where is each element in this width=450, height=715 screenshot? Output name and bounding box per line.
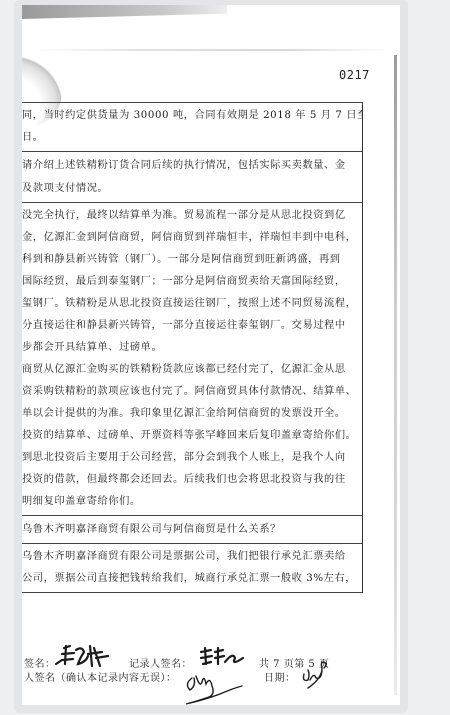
text-line: 没完全执行，最终以结算单为准。贸易流程一部分是从思北投资到亿 bbox=[22, 205, 362, 227]
text-line: 商贸从亿源汇金购买的铁精粉货款应该都已经付完了，亿源汇金从思 bbox=[22, 359, 362, 381]
date-handwriting bbox=[298, 656, 332, 692]
text-line: 投资的结算单、过磅单、开票资料等张罕峰回来后复印盖章寄给你们。 bbox=[22, 425, 362, 447]
question-row: 请介绍上述铁精粉订货合同后续的执行情况，包括实际买卖数量、金 及款项支付情况。 bbox=[22, 151, 362, 202]
paper-right-edge bbox=[394, 55, 397, 695]
text-line: 公司，票据公司直接把钱转给我们，城商行承兑汇票一般收 3%左右， bbox=[22, 568, 362, 590]
text-line: 日。 bbox=[22, 127, 362, 149]
date-label: 日期： bbox=[264, 669, 296, 684]
scanned-document-page: 0217 同，当时约定供货量为 30000 吨，合同有效期是 2018 年 5 … bbox=[22, 5, 400, 705]
text-line: 同，当时约定供货量为 30000 吨，合同有效期是 2018 年 5 月 7 日… bbox=[22, 105, 362, 127]
answer-row: 没完全执行，最终以结算单为准。贸易流程一部分是从思北投资到亿 金，亿源汇金到阿信… bbox=[22, 202, 362, 515]
text-line: 步都会开具结算单、过磅单。 bbox=[22, 337, 362, 359]
text-line: 玺钢厂。铁精粉是从思北投资直接运往钢厂，按照上述不同贸易流程， bbox=[22, 293, 362, 315]
text-line: 及款项支付情况。 bbox=[22, 177, 362, 200]
text-line: 投资的借款，但最终都会还回去。后续我们也会将思北投资与我的往 bbox=[22, 469, 362, 491]
text-line: 金，亿源汇金到阿信商贸，阿信商贸到祥瑞恒丰，祥瑞恒丰到中电科， bbox=[22, 227, 362, 249]
answer-row: 乌鲁木齐明嘉泽商贸有限公司是票据公司，我们把银行承兑汇票卖给 公司，票据公司直接… bbox=[22, 543, 362, 593]
text-line: 明细复印盖章寄给你们。 bbox=[22, 491, 362, 513]
interviewee-signature bbox=[52, 642, 114, 672]
text-line: 国际经贸，最后到泰玺钢厂；一部分是阿信商贸卖给天富国际经贸， bbox=[22, 271, 362, 293]
text-line: 科到和静县新兴铸管（钢厂）。一部分是阿信商贸到旺新鸿盛，再到 bbox=[22, 249, 362, 271]
text-line: 单以会计提供的为准。我印象里亿源汇金给阿信商贸的发票没开全。 bbox=[22, 403, 362, 425]
interviewee-sign-label: 签名： bbox=[24, 655, 56, 670]
paper-fold-line bbox=[32, 49, 392, 51]
interview-record-table: 同，当时约定供货量为 30000 吨，合同有效期是 2018 年 5 月 7 日… bbox=[22, 102, 363, 593]
signature-footer: 签名： 记录人签名： 共 7 页第 5 页 人签名（确认本记录内容无误）： 日期… bbox=[22, 648, 400, 705]
text-line: 请介绍上述铁精粉订货合同后续的执行情况，包括实际买卖数量、金 bbox=[22, 154, 362, 177]
text-line: 乌鲁木齐明嘉泽商贸有限公司与阿信商贸是什么关系？ bbox=[22, 518, 362, 541]
text-line: 乌鲁木齐明嘉泽商贸有限公司是票据公司，我们把银行承兑汇票卖给 bbox=[22, 546, 362, 568]
question-row: 乌鲁木齐明嘉泽商贸有限公司与阿信商贸是什么关系？ bbox=[22, 515, 362, 543]
page-serial-number: 0217 bbox=[339, 68, 370, 82]
text-line: 资采购铁精粉的款项应该也付完了。阿信商贸具体付款情况、结算单、 bbox=[22, 381, 362, 403]
confirm-sign-label: 人签名（确认本记录内容无误）： bbox=[24, 669, 177, 684]
answer-row: 同，当时约定供货量为 30000 吨，合同有效期是 2018 年 5 月 7 日… bbox=[22, 102, 362, 151]
scan-artifact-top bbox=[22, 5, 227, 19]
text-line: 到思北投资后主要用于公司经营，部分会到我个人账上，是我个人向 bbox=[22, 447, 362, 469]
confirm-signature bbox=[180, 666, 260, 705]
text-line: 分直接运往和静县新兴铸管，一部分直接运往泰玺钢厂。交易过程中 bbox=[22, 315, 362, 337]
